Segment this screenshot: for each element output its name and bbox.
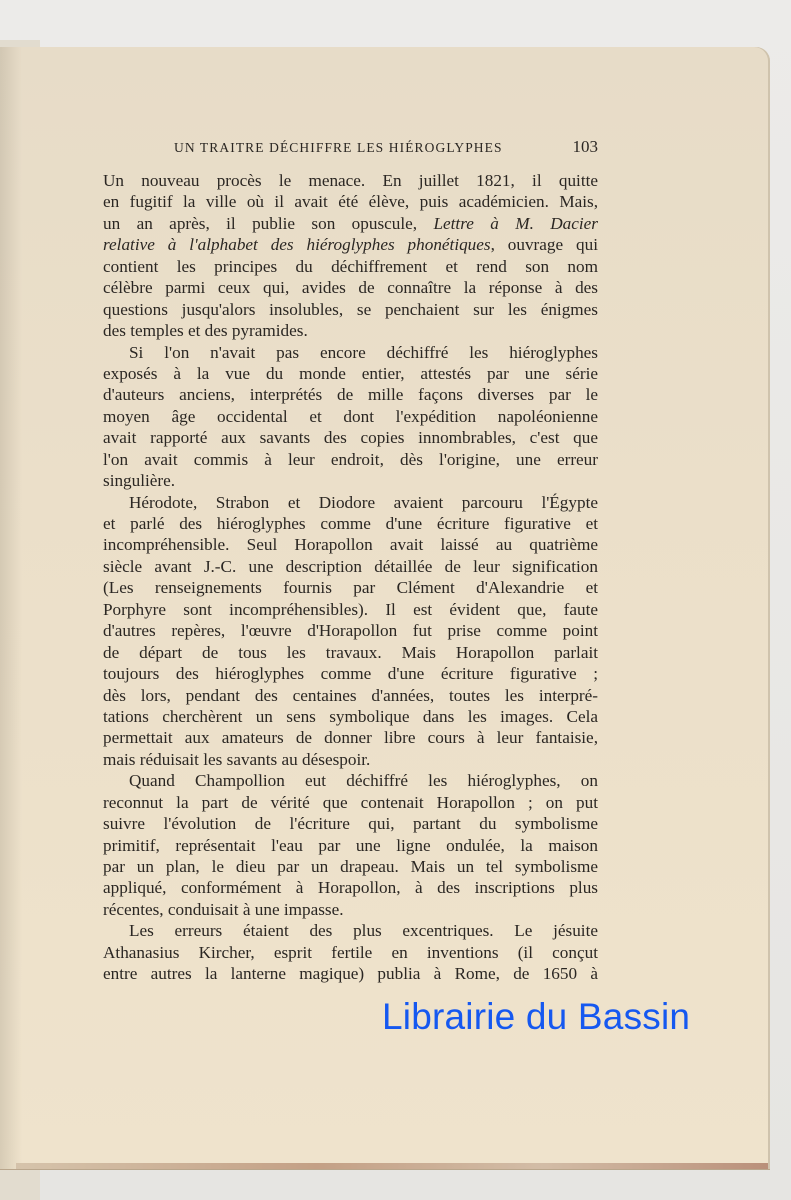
italic-title: Lettre à M. Dacier [433,214,598,233]
text-line: siècle avant J.-C. une description détai… [103,556,598,577]
body-text: Un nouveau procès le menace. En juillet … [103,170,598,985]
text-line: appliqué, conformément à Horapollon, à d… [103,877,598,898]
text-line: singulière. [103,470,598,491]
text-line: Hérodote, Strabon et Diodore avaient par… [103,492,598,513]
text-line: primitif, représentait l'eau par une lig… [103,835,598,856]
text-line: avait rapporté aux savants des copies in… [103,427,598,448]
text-line: un an après, il publie son opuscule, Let… [103,213,598,234]
page-bottom-edge [16,1163,768,1169]
text-line: (Les renseignements fournis par Clément … [103,577,598,598]
text-line: Quand Champollion eut déchiffré les hiér… [103,770,598,791]
text-line: et parlé des hiéroglyphes comme d'une éc… [103,513,598,534]
text-line: reconnut la part de vérité que contenait… [103,792,598,813]
text-segment: un an après, il publie son opuscule, [103,214,433,233]
text-line: par un plan, le dieu par un drapeau. Mai… [103,856,598,877]
text-line: exposés à la vue du monde entier, attest… [103,363,598,384]
running-title: Un traitre déchiffre les hiéroglyphes [174,140,503,156]
text-line: des temples et des pyramides. [103,320,598,341]
text-line: mais réduisait les savants au désespoir. [103,749,598,770]
text-line: Si l'on n'avait pas encore déchiffré les… [103,342,598,363]
text-line: toujours des hiéroglyphes comme d'une éc… [103,663,598,684]
text-line: suivre l'évolution de l'écriture qui, pa… [103,813,598,834]
running-head: Un traitre déchiffre les hiéroglyphes 10… [174,137,598,157]
watermark: Librairie du Bassin [382,996,690,1038]
text-line: en fugitif la ville où il avait été élèv… [103,191,598,212]
text-line: contient les principes du déchiffrement … [103,256,598,277]
text-line: Porphyre sont incompréhensibles). Il est… [103,599,598,620]
text-line: entre autres la lanterne magique) publia… [103,963,598,984]
text-line: relative à l'alphabet des hiéroglyphes p… [103,234,598,255]
text-segment: , ouvrage qui [491,235,598,254]
text-line: Un nouveau procès le menace. En juillet … [103,170,598,191]
gutter-shadow [0,47,22,1169]
text-line: récentes, conduisait à une impasse. [103,899,598,920]
text-line: permettait aux amateurs de donner libre … [103,727,598,748]
text-line: célèbre parmi ceux qui, avides de connaî… [103,277,598,298]
text-line: d'autres repères, l'œuvre d'Horapollon f… [103,620,598,641]
text-line: Les erreurs étaient des plus excentrique… [103,920,598,941]
text-line: de départ de tous les travaux. Mais Hora… [103,642,598,663]
text-line: l'on avait commis à leur endroit, dès l'… [103,449,598,470]
text-line: incompréhensible. Seul Horapollon avait … [103,534,598,555]
text-line: moyen âge occidental et dont l'expéditio… [103,406,598,427]
italic-title: relative à l'alphabet des hiéroglyphes p… [103,235,491,254]
text-line: tations cherchèrent un sens symbolique d… [103,706,598,727]
text-line: dès lors, pendant des centaines d'années… [103,685,598,706]
text-line: Athanasius Kircher, esprit fertile en in… [103,942,598,963]
text-line: d'auteurs anciens, interprétés de mille … [103,384,598,405]
text-line: questions jusqu'alors insolubles, se pen… [103,299,598,320]
page-number: 103 [573,137,599,157]
